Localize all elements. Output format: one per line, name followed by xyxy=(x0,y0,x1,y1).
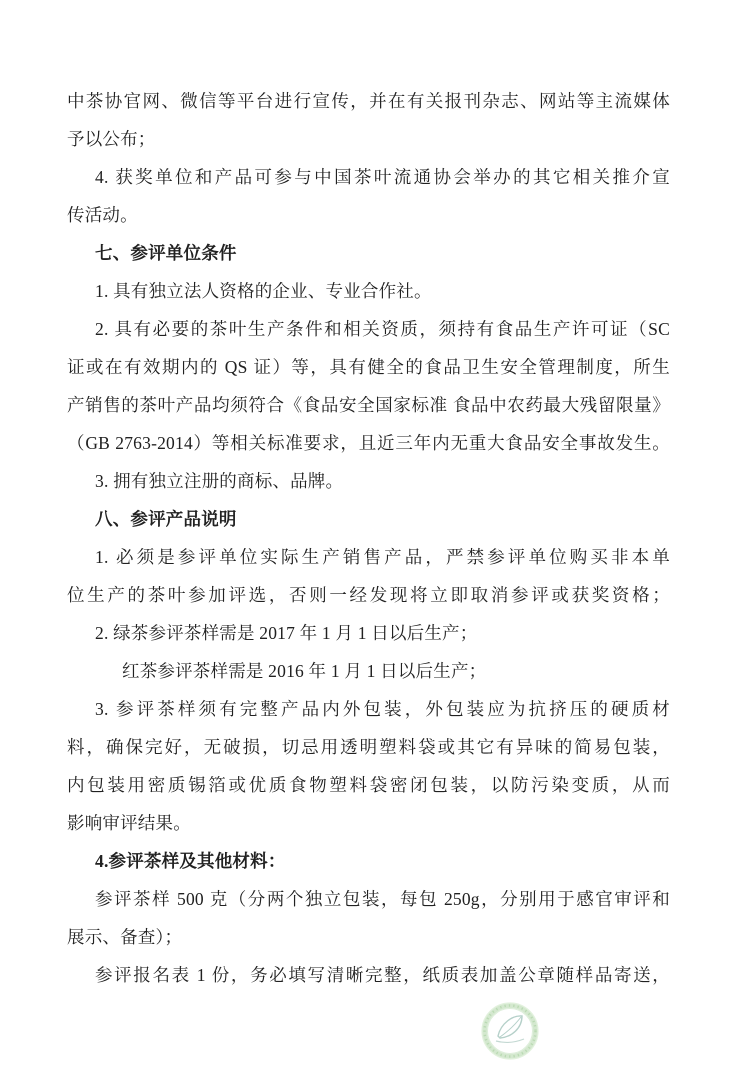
leaf-icon xyxy=(498,1016,522,1038)
text-line: 内包装用密质锡箔或优质食物塑料袋密闭包装，以防污染变质，从而 xyxy=(67,766,670,804)
seal-inner-edge xyxy=(488,1009,533,1054)
leaf-vein xyxy=(500,1017,521,1037)
text-line: 产销售的茶叶产品均须符合《食品安全国家标准 食品中农药最大残留限量》 xyxy=(67,386,670,424)
text-line: 七、参评单位条件 xyxy=(67,234,670,272)
text-line: 展示、备查）； xyxy=(67,918,670,956)
text-line: 影响审评结果。 xyxy=(67,804,670,842)
text-line: 1. 具有独立法人资格的企业、专业合作社。 xyxy=(67,272,670,310)
text-line: 料，确保完好，无破损，切忌用透明塑料袋或其它有异味的简易包装， xyxy=(67,728,670,766)
text-line: 传活动。 xyxy=(67,196,670,234)
text-line: 八、参评产品说明 xyxy=(67,500,670,538)
text-line: （GB 2763-2014）等相关标准要求，且近三年内无重大食品安全事故发生。 xyxy=(67,424,670,462)
document-text-block: 中茶协官网、微信等平台进行宣传，并在有关报刊杂志、网站等主流媒体予以公布；4. … xyxy=(67,82,670,994)
text-line: 参评报名表 1 份，务必填写清晰完整，纸质表加盖公章随样品寄送， xyxy=(67,956,670,994)
text-line: 4. 获奖单位和产品可参与中国茶叶流通协会举办的其它相关推介宣 xyxy=(67,158,670,196)
text-line: 中茶协官网、微信等平台进行宣传，并在有关报刊杂志、网站等主流媒体 xyxy=(67,82,670,120)
text-line: 红茶参评茶样需是 2016 年 1 月 1 日以后生产； xyxy=(67,652,670,690)
text-line: 2. 绿茶参评茶样需是 2017 年 1 月 1 日以后生产； xyxy=(67,614,670,652)
seal-ring xyxy=(485,1006,536,1057)
tea-leaf-seal-watermark-icon xyxy=(481,1002,539,1060)
seal-outer-edge xyxy=(482,1003,538,1059)
leaf-underline-swoosh xyxy=(496,1039,524,1042)
text-line: 证或在有效期内的 QS 证）等，具有健全的食品卫生安全管理制度，所生 xyxy=(67,348,670,386)
text-line: 参评茶样 500 克（分两个独立包装，每包 250g，分别用于感官审评和 xyxy=(67,880,670,918)
text-line: 予以公布； xyxy=(67,120,670,158)
text-line: 3. 拥有独立注册的商标、品牌。 xyxy=(67,462,670,500)
document-page: 中茶协官网、微信等平台进行宣传，并在有关报刊杂志、网站等主流媒体予以公布；4. … xyxy=(0,0,742,1071)
text-line: 4.参评茶样及其他材料： xyxy=(67,842,670,880)
text-line: 位生产的茶叶参加评选，否则一经发现将立即取消参评或获奖资格； xyxy=(67,576,670,614)
text-line: 3. 参评茶样须有完整产品内外包装，外包装应为抗挤压的硬质材 xyxy=(67,690,670,728)
text-line: 2. 具有必要的茶叶生产条件和相关资质，须持有食品生产许可证（SC xyxy=(67,310,670,348)
text-line: 1. 必须是参评单位实际生产销售产品，严禁参评单位购买非本单 xyxy=(67,538,670,576)
